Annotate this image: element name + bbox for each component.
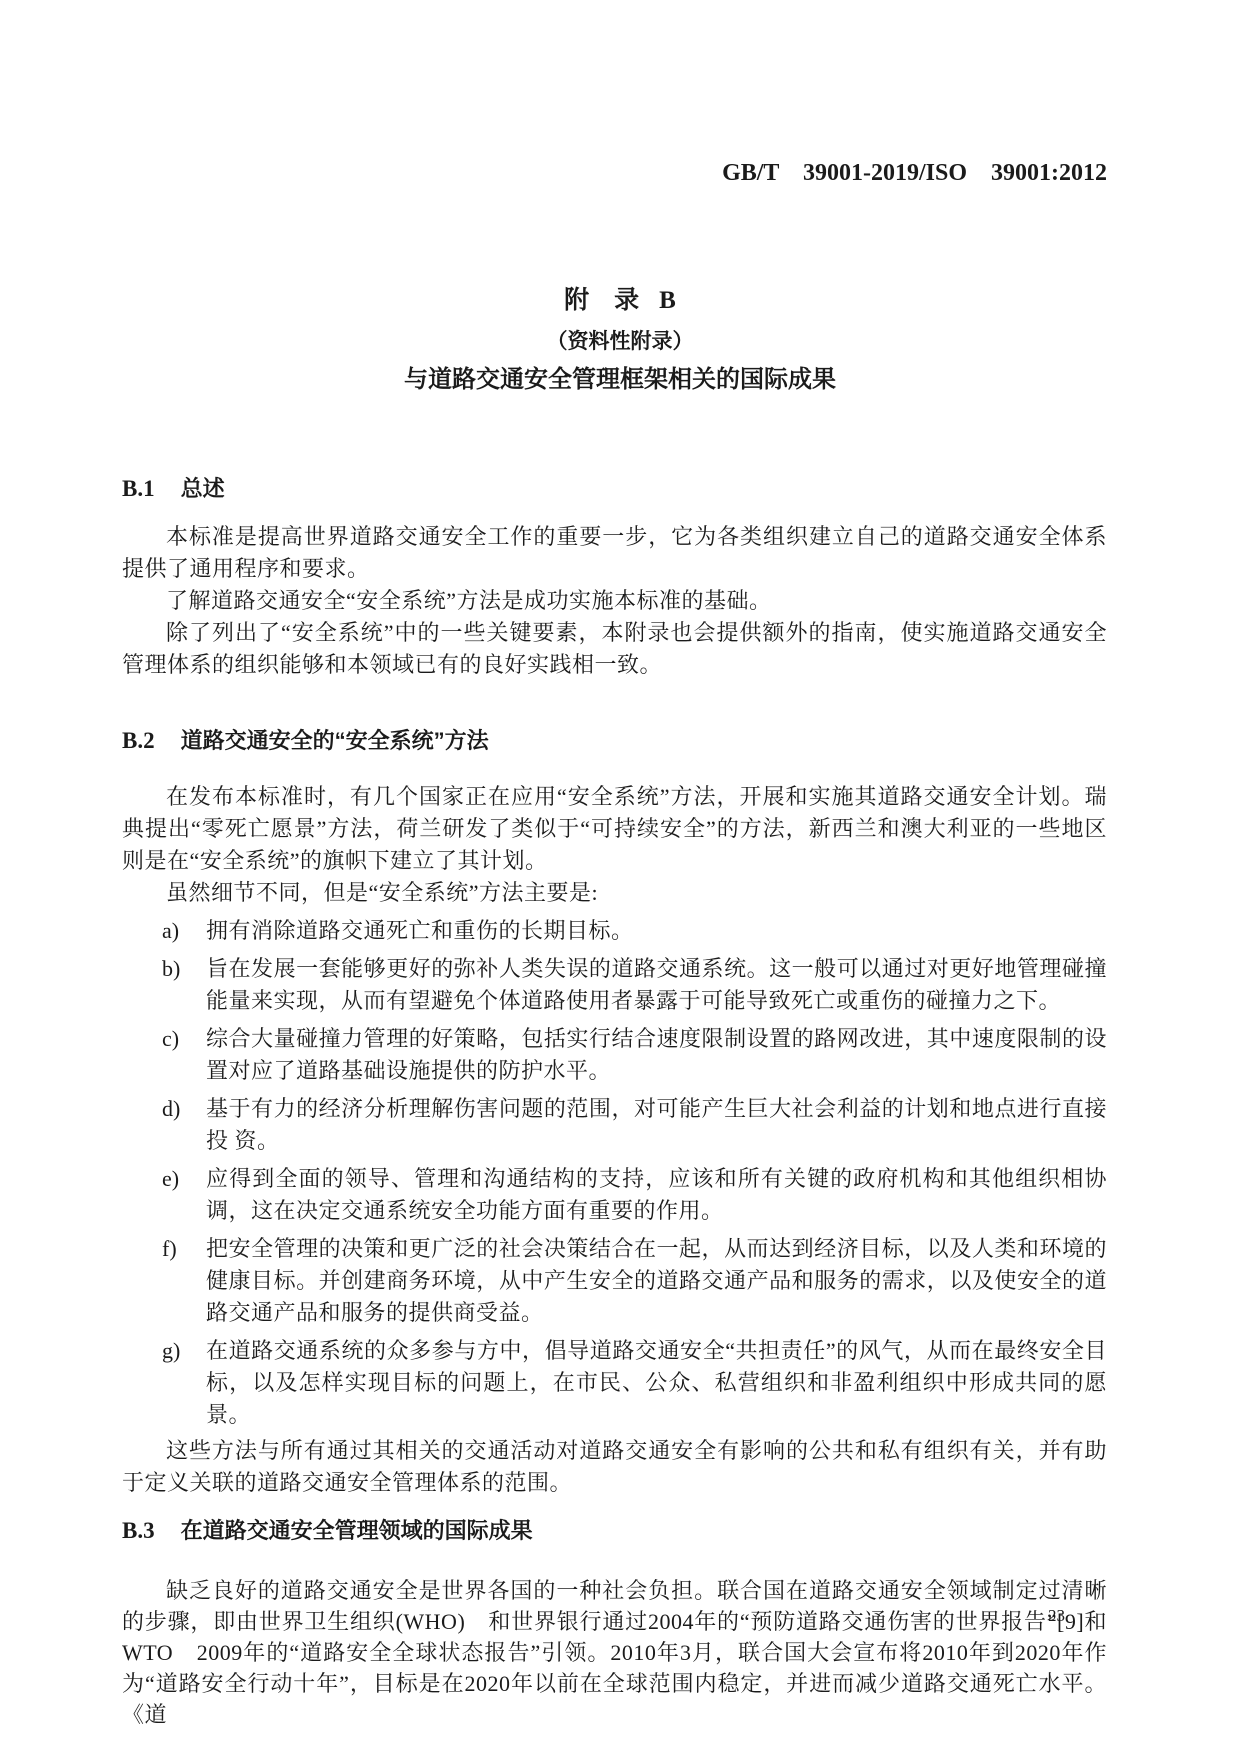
section-b2-number: B.2 [122, 728, 155, 753]
list-item-text: 综合大量碰撞力管理的好策略，包括实行结合速度限制设置的路网改进，其中速度限制的设… [206, 1023, 1107, 1087]
section-b2-title: 道路交通安全的“安全系统”方法 [181, 728, 489, 753]
list-item-label: a) [162, 915, 206, 947]
appendix-title-letter: B [659, 287, 676, 314]
list-item-text: 拥有消除道路交通死亡和重伤的长期目标。 [206, 915, 1107, 947]
list-item-label: d) [162, 1093, 206, 1157]
paragraph: 了解道路交通安全“安全系统”方法是成功实施本标准的基础。 [122, 585, 1107, 617]
paragraph: 这些方法与所有通过其相关的交通活动对道路交通安全有影响的公共和私有组织有关，并有… [122, 1435, 1107, 1499]
section-b3-heading: B.3在道路交通安全管理领域的国际成果 [122, 1515, 1107, 1547]
appendix-title-block: 附 录B （资料性附录） 与道路交通安全管理框架相关的国际成果 [0, 282, 1240, 397]
list-item: e) 应得到全面的领导、管理和沟通结构的支持，应该和所有关键的政府机构和其他组织… [122, 1163, 1107, 1227]
section-b1-title: 总述 [181, 476, 225, 501]
list-item-text: 在道路交通系统的众多参与方中，倡导道路交通安全“共担责任”的风气，从而在最终安全… [206, 1335, 1107, 1431]
paragraph: 除了列出了“安全系统”中的一些关键要素，本附录也会提供额外的指南，使实施道路交通… [122, 617, 1107, 681]
list-item-label: e) [162, 1163, 206, 1227]
section-b1-number: B.1 [122, 476, 155, 501]
page-number: 23 [1048, 1606, 1065, 1626]
section-b2-heading: B.2道路交通安全的“安全系统”方法 [122, 725, 1107, 757]
appendix-main-title: 与道路交通安全管理框架相关的国际成果 [0, 363, 1240, 397]
list-item: g) 在道路交通系统的众多参与方中，倡导道路交通安全“共担责任”的风气，从而在最… [122, 1335, 1107, 1431]
list-item: d) 基于有力的经济分析理解伤害问题的范围，对可能产生巨大社会利益的计划和地点进… [122, 1093, 1107, 1157]
paragraph: 虽然细节不同，但是“安全系统”方法主要是: [122, 877, 1107, 909]
list-item-label: c) [162, 1023, 206, 1087]
list-item-text: 基于有力的经济分析理解伤害问题的范围，对可能产生巨大社会利益的计划和地点进行直接… [206, 1093, 1107, 1157]
paragraph: 本标准是提高世界道路交通安全工作的重要一步，它为各类组织建立自己的道路交通安全体… [122, 521, 1107, 585]
list-item-label: b) [162, 953, 206, 1017]
paragraph: 在发布本标准时，有几个国家正在应用“安全系统”方法，开展和实施其道路交通安全计划… [122, 781, 1107, 877]
page-header: GB/T 39001-2019/ISO 39001:2012 [0, 0, 1107, 218]
appendix-title: 附 录B [0, 282, 1240, 319]
list-item: b) 旨在发展一套能够更好的弥补人类失误的道路交通系统。这一般可以通过对更好地管… [122, 953, 1107, 1017]
standard-number: GB/T 39001-2019/ISO 39001:2012 [722, 160, 1107, 186]
section-b3-title: 在道路交通安全管理领域的国际成果 [181, 1518, 533, 1543]
appendix-subtitle: （资料性附录） [0, 327, 1240, 357]
list-item: a) 拥有消除道路交通死亡和重伤的长期目标。 [122, 915, 1107, 947]
list-item-text: 旨在发展一套能够更好的弥补人类失误的道路交通系统。这一般可以通过对更好地管理碰撞… [206, 953, 1107, 1017]
list-item-text: 把安全管理的决策和更广泛的社会决策结合在一起，从而达到经济目标，以及人类和环境的… [206, 1233, 1107, 1329]
paragraph: 缺乏良好的道路交通安全是世界各国的一种社会负担。联合国在道路交通安全领域制定过清… [122, 1575, 1107, 1730]
section-b1-heading: B.1总述 [122, 473, 1107, 505]
list-item-label: g) [162, 1335, 206, 1431]
list-item-label: f) [162, 1233, 206, 1329]
document-page: GB/T 39001-2019/ISO 39001:2012 附 录B （资料性… [0, 0, 1240, 1755]
page-content: B.1总述 本标准是提高世界道路交通安全工作的重要一步，它为各类组织建立自己的道… [122, 473, 1107, 1730]
list-item: c) 综合大量碰撞力管理的好策略，包括实行结合速度限制设置的路网改进，其中速度限… [122, 1023, 1107, 1087]
list-item: f) 把安全管理的决策和更广泛的社会决策结合在一起，从而达到经济目标，以及人类和… [122, 1233, 1107, 1329]
section-b3-number: B.3 [122, 1518, 155, 1543]
appendix-title-cn: 附 录 [564, 286, 639, 314]
list-item-text: 应得到全面的领导、管理和沟通结构的支持，应该和所有关键的政府机构和其他组织相协调… [206, 1163, 1107, 1227]
